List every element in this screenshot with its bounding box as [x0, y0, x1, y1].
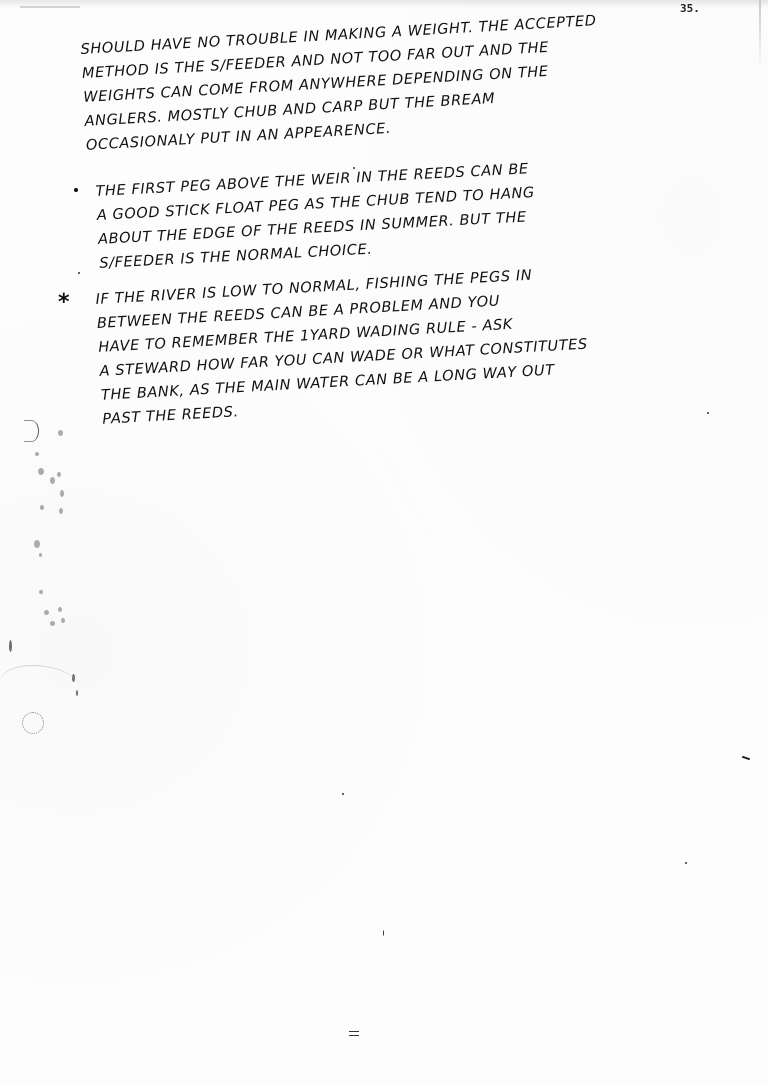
asterisk-icon: *	[58, 290, 70, 315]
circle-mark	[22, 712, 44, 734]
ink-smudge	[39, 590, 43, 594]
top-scan-shadow	[0, 0, 768, 8]
paper-texture	[0, 0, 768, 1085]
speck	[353, 167, 355, 169]
page-number: 35.	[680, 2, 700, 15]
speck	[707, 412, 709, 414]
ink-smudge	[58, 607, 62, 612]
paragraph-1: SHOULD HAVE NO TROUBLE IN MAKING A WEIGH…	[80, 9, 603, 158]
ink-smudge	[40, 505, 44, 510]
ink-smudge	[61, 618, 65, 623]
ink-smudge	[44, 610, 49, 615]
ink-smudge	[50, 477, 55, 484]
ink-smudge	[38, 468, 44, 475]
ink-smudge	[9, 640, 12, 652]
ink-smudge	[57, 472, 61, 477]
stray-mark	[349, 1031, 359, 1036]
ink-smudge	[60, 490, 64, 497]
paragraph-3: IF THE RIVER IS LOW TO NORMAL, FISHING T…	[95, 261, 591, 432]
ink-smudge	[39, 553, 42, 557]
ink-smudge	[34, 540, 40, 548]
speck	[685, 862, 687, 864]
stray-mark	[742, 756, 750, 761]
scanned-page: 35. SHOULD HAVE NO TROUBLE IN MAKING A W…	[0, 0, 768, 1085]
punch-hole-mark	[24, 420, 39, 442]
ink-smudge	[58, 430, 63, 436]
right-edge-shadow	[759, 0, 761, 70]
paper-stain	[0, 665, 80, 706]
ink-smudge	[35, 452, 39, 456]
speck	[342, 793, 344, 795]
speck	[383, 930, 384, 936]
ink-smudge	[59, 508, 63, 514]
bullet-icon	[74, 188, 78, 192]
ink-smudge	[50, 621, 55, 626]
top-edge-mark	[20, 6, 80, 8]
speck	[78, 272, 80, 274]
paragraph-2: THE FIRST PEG ABOVE THE WEIR IN THE REED…	[95, 157, 538, 276]
